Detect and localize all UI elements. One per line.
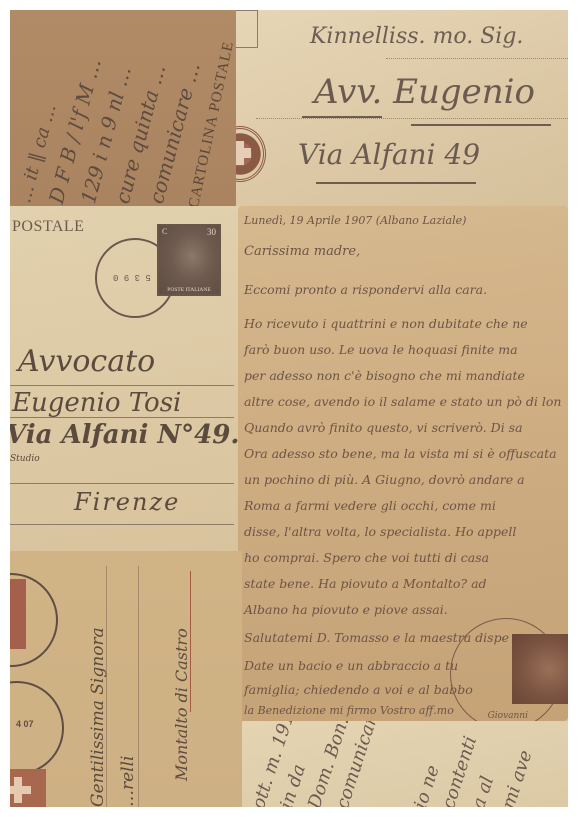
middle-left-postcard: POSTALE 5 3 9 0 C 30 POSTE ITALIANE Avvo… — [10, 206, 242, 551]
vertical-addressee: Gentilissima Signora — [88, 627, 108, 807]
letter-line: un pochino di più. A Giugno, dovrò andar… — [244, 472, 525, 487]
postale-header: POSTALE — [12, 218, 84, 236]
letter-line: farò buon uso. Le uova le hoquasi finite… — [244, 342, 518, 357]
underline — [316, 182, 476, 184]
stamp-value: 30 — [207, 227, 216, 237]
address-name: Avv. Eugenio — [314, 72, 535, 112]
address-city: Firenze — [74, 488, 180, 516]
vertical-surname: …relli — [118, 756, 138, 808]
letter-line: Roma a farmi vedere gli occhi, come mi — [244, 498, 496, 513]
postmark-date: 4 07 — [16, 719, 34, 729]
letter-line: disse, l'altra volta, lo specialista. Ho… — [244, 524, 516, 539]
underline — [411, 124, 551, 126]
handwriting-word: mi ave — [498, 748, 537, 807]
handwriting-word: a al — [468, 774, 498, 807]
letter-line: Ora adesso sto bene, ma la vista mi si è… — [244, 446, 557, 461]
letter-line: altre cose, avendo io il salame e stato … — [244, 394, 561, 409]
letter-dateline: Lunedì, 19 Aprile 1907 (Albano Laziale) — [244, 214, 466, 227]
vertical-city: Montalto di Castro — [172, 628, 191, 781]
letter-line: la Benedizione mi firmo Vostro aff.mo — [244, 704, 454, 717]
letter-line: Quando avrò finito questo, vi scriverò. … — [244, 420, 523, 435]
address-rule — [138, 566, 139, 807]
address-rule — [10, 483, 234, 484]
postmark-date: 5 3 9 0 — [113, 272, 151, 282]
dotted-line — [386, 58, 568, 59]
postage-stamp — [512, 634, 568, 704]
address-street: Via Alfani 49 — [298, 138, 480, 171]
top-left-postcard: … it ‖ ca … D F B / l'f M … 129 i n 9 nl… — [10, 10, 250, 206]
address-rule — [10, 417, 234, 418]
letter-line: famiglia; chiedendo a voi e al babbo — [244, 682, 473, 697]
address-street: Via Alfani N°49. — [10, 420, 239, 450]
bottom-right-postcard: ott. m. 1913 in da Dom. Bon. comunicarvi… — [242, 721, 568, 807]
address-rule — [10, 524, 234, 525]
letter-line: state bene. Ha piovuto a Montalto? ad — [244, 576, 487, 591]
savoy-crest-icon — [236, 126, 266, 182]
handwritten-letter: Lunedì, 19 Aprile 1907 (Albano Laziale) … — [238, 206, 568, 721]
letter-signature: Giovanni — [488, 711, 528, 721]
postcard-collage: … it ‖ ca … D F B / l'f M … 129 i n 9 nl… — [10, 10, 568, 807]
letter-line: Albano ha piovuto e piove assai. — [244, 602, 448, 617]
postage-stamp: C 30 POSTE ITALIANE — [157, 224, 221, 296]
address-name: Eugenio Tosi — [12, 388, 181, 418]
letter-line: per adesso non c'è bisogno che mi mandia… — [244, 368, 525, 383]
postmark-circle — [10, 573, 58, 667]
stamp-outline — [236, 10, 258, 48]
address-title: Avvocato — [18, 344, 155, 379]
stamp-label: POSTE ITALIANE — [159, 287, 219, 293]
letter-line: Date un bacio e un abbraccio a tu — [244, 658, 458, 673]
letter-line: Eccomi pronto a rispondervi alla cara. — [244, 282, 487, 297]
letter-salutation: Carissima madre, — [244, 244, 360, 259]
dotted-line — [256, 118, 568, 119]
stamp-currency: C — [162, 227, 167, 236]
letter-line: ho comprai. Spero che voi tutti di casa — [244, 550, 489, 565]
savoy-crest-icon — [10, 769, 46, 807]
bottom-left-postcard: 4 07 Gentilissima Signora …relli Montalt… — [10, 551, 242, 807]
underline — [302, 116, 382, 118]
postmark-circle: 4 07 — [10, 681, 64, 775]
top-right-postcard: Kinnelliss. mo. Sig. Avv. Eugenio Via Al… — [236, 10, 568, 206]
address-note: Studio — [10, 454, 40, 464]
letter-line: Ho ricevuto i quattrini e non dubitate c… — [244, 316, 528, 331]
address-honorific: Kinnelliss. mo. Sig. — [310, 24, 523, 49]
address-rule — [10, 385, 234, 386]
